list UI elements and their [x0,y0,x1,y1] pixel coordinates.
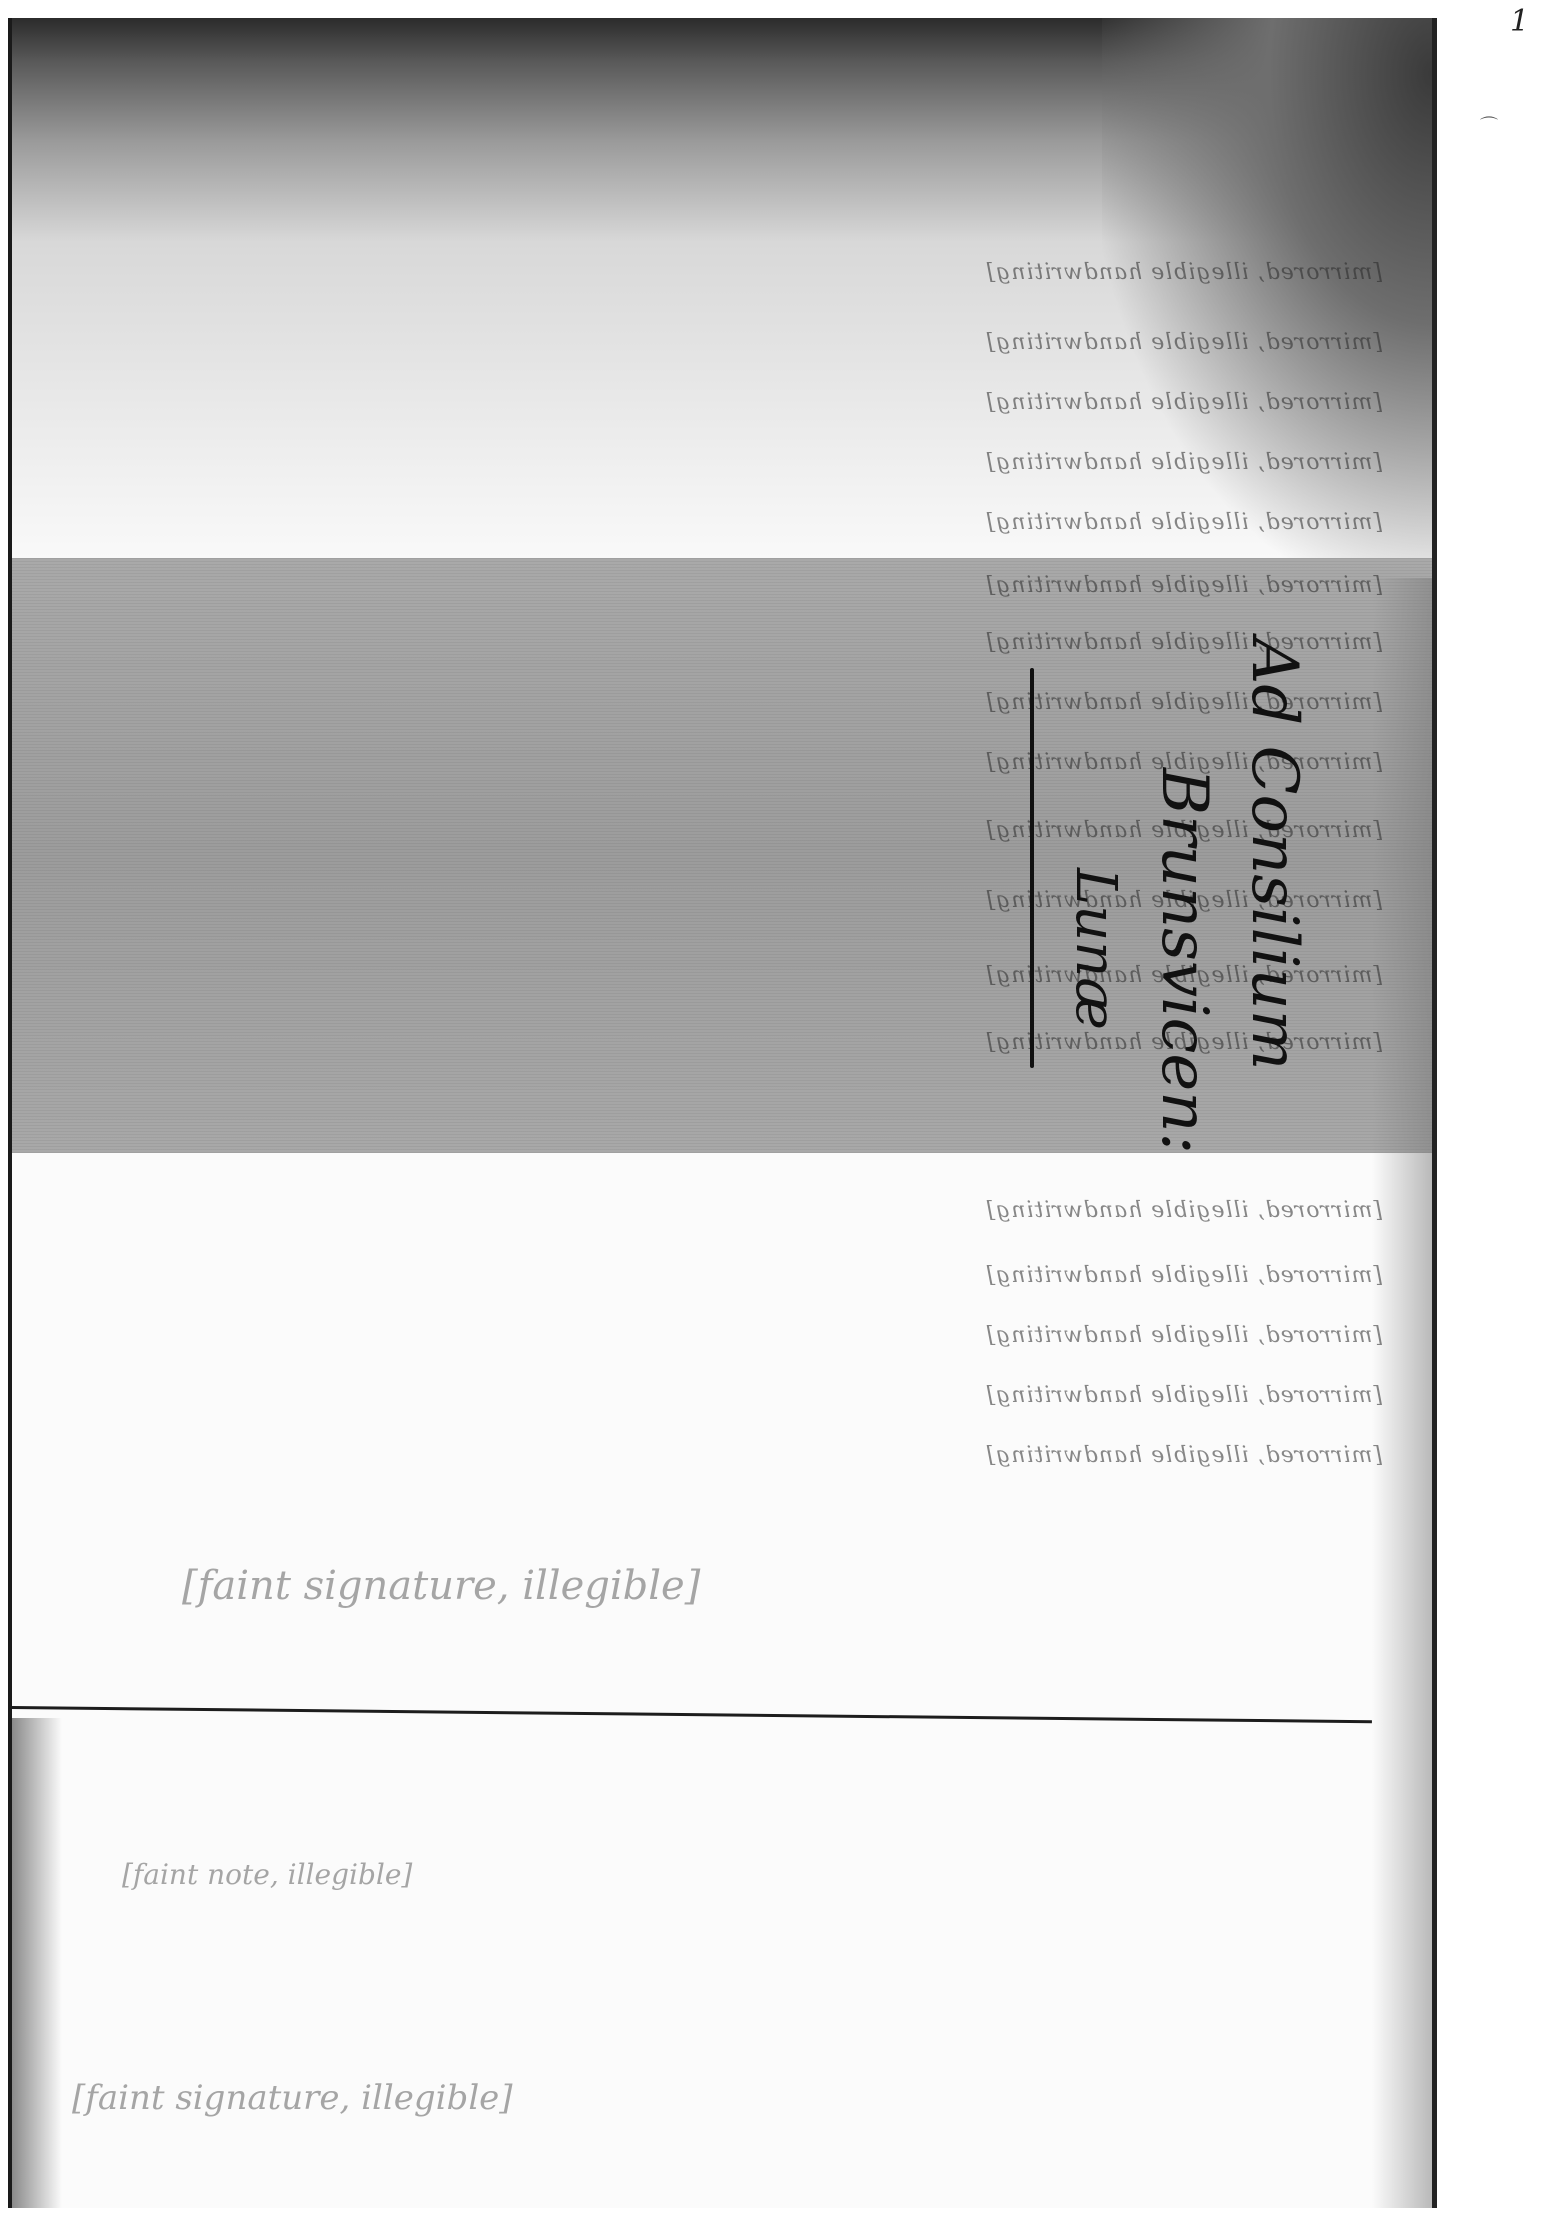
bleed-text-line: [mirrored, illegible handwriting] [182,1443,1382,1471]
endorsement-line-3: Lunæ [1067,868,1123,1030]
scan-shadow-corner [1102,18,1432,578]
bleed-text-line: [mirrored, illegible handwriting] [182,510,1382,538]
scan-shadow-left [12,1718,62,2208]
page-number: 1 [1510,4,1529,39]
bleed-text-line: [mirrored, illegible handwriting] [182,1323,1382,1351]
bleed-text-line: [mirrored, illegible handwriting] [182,1383,1382,1411]
corner-mark: ⌒ [1480,112,1498,138]
vertical-endorsement: Ad Consilium Brunsvicen: Lunæ [1012,638,1352,1158]
endorsement-line-2: Brunsvicen: [1152,768,1216,1154]
faint-note: [faint note, illegible] [122,1858,412,1891]
bleed-text-line: [mirrored, illegible handwriting] [182,390,1382,418]
faint-signature: [faint signature, illegible] [182,1563,700,1609]
faint-signature-lower: [faint signature, illegible] [72,2078,513,2118]
document-sheet: [mirrored, illegible handwriting] [mirro… [8,18,1437,2208]
endorsement-rule [1030,668,1034,1068]
bleed-text-line: [mirrored, illegible handwriting] [182,573,1382,601]
endorsement-line-1: Ad Consilium [1242,638,1306,1070]
bleed-text-line: [mirrored, illegible handwriting] [182,450,1382,478]
bleed-text-line: [mirrored, illegible handwriting] [182,1198,1382,1226]
fold-line [12,1706,1372,1723]
bleed-text-line: [mirrored, illegible handwriting] [182,1263,1382,1291]
bleed-text-line: [mirrored, illegible handwriting] [182,330,1382,358]
bleed-text-line: [mirrored, illegible handwriting] [182,260,1382,288]
